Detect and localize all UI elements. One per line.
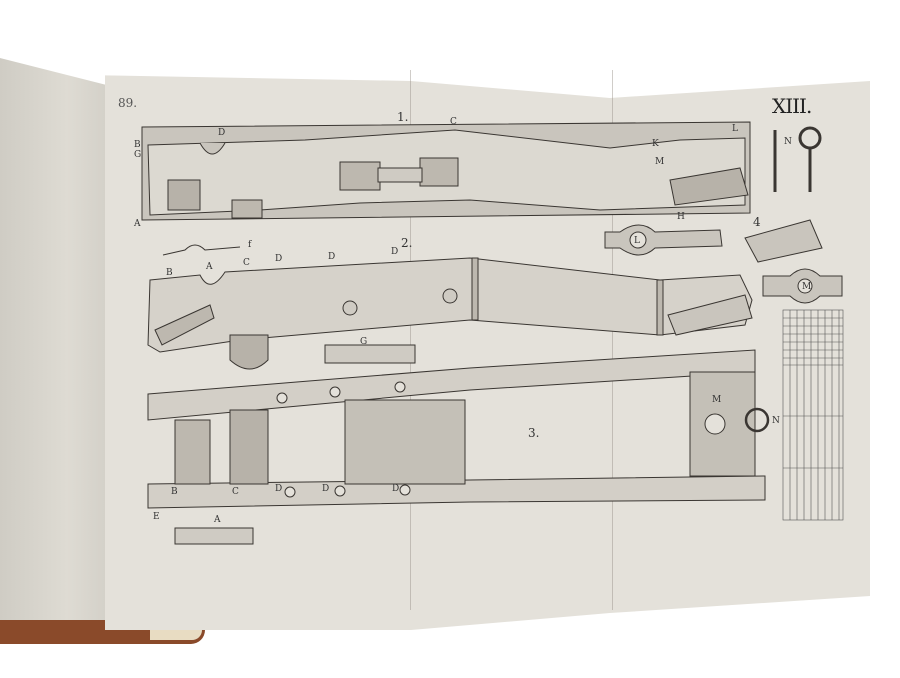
label-G-fig2: G	[360, 337, 367, 347]
label-D-fig3: D	[392, 484, 399, 494]
label-M: M	[655, 157, 664, 167]
label-N-fig3: N	[772, 416, 780, 426]
engraving	[0, 0, 900, 678]
figure-2-plan-view	[148, 245, 752, 369]
label-C-fig2: C	[243, 258, 250, 268]
eyebolt-N-label: N	[784, 137, 792, 147]
scale-bar	[783, 310, 843, 520]
label-C-fig3: C	[232, 487, 239, 497]
label-B-fig2: B	[166, 268, 173, 278]
part-M-label: M	[802, 282, 811, 292]
label-D-fig3: D	[275, 484, 282, 494]
label-G: G	[134, 150, 141, 160]
label-A-fig3: A	[214, 515, 221, 525]
label-L: L	[732, 124, 738, 134]
label-D-fig2: D	[391, 247, 398, 257]
label-D-fig3: D	[322, 484, 329, 494]
figure-2-number: 2.	[401, 236, 412, 250]
figure-3-top-view	[148, 350, 768, 544]
figure-1-number: 1.	[397, 110, 408, 124]
label-f-fig2: f	[248, 240, 251, 250]
figure-3-number: 3.	[528, 426, 539, 440]
label-A-fig2: A	[206, 262, 213, 272]
label-K: K	[652, 139, 659, 149]
label-B-fig3: B	[171, 487, 178, 497]
label-D-fig2: D	[275, 254, 282, 264]
figure-4-number: 4	[753, 215, 761, 229]
label-D-fig2: D	[328, 252, 335, 262]
label-E-fig3: E	[153, 512, 160, 522]
label-B: B	[134, 140, 141, 150]
part-L-label: L	[634, 236, 640, 246]
label-D: D	[218, 128, 225, 138]
label-H: H	[677, 212, 685, 222]
figure-1-side-elevation	[142, 122, 750, 220]
label-A: A	[134, 219, 141, 229]
label-C: C	[450, 117, 457, 127]
label-M-fig3: M	[712, 395, 721, 405]
